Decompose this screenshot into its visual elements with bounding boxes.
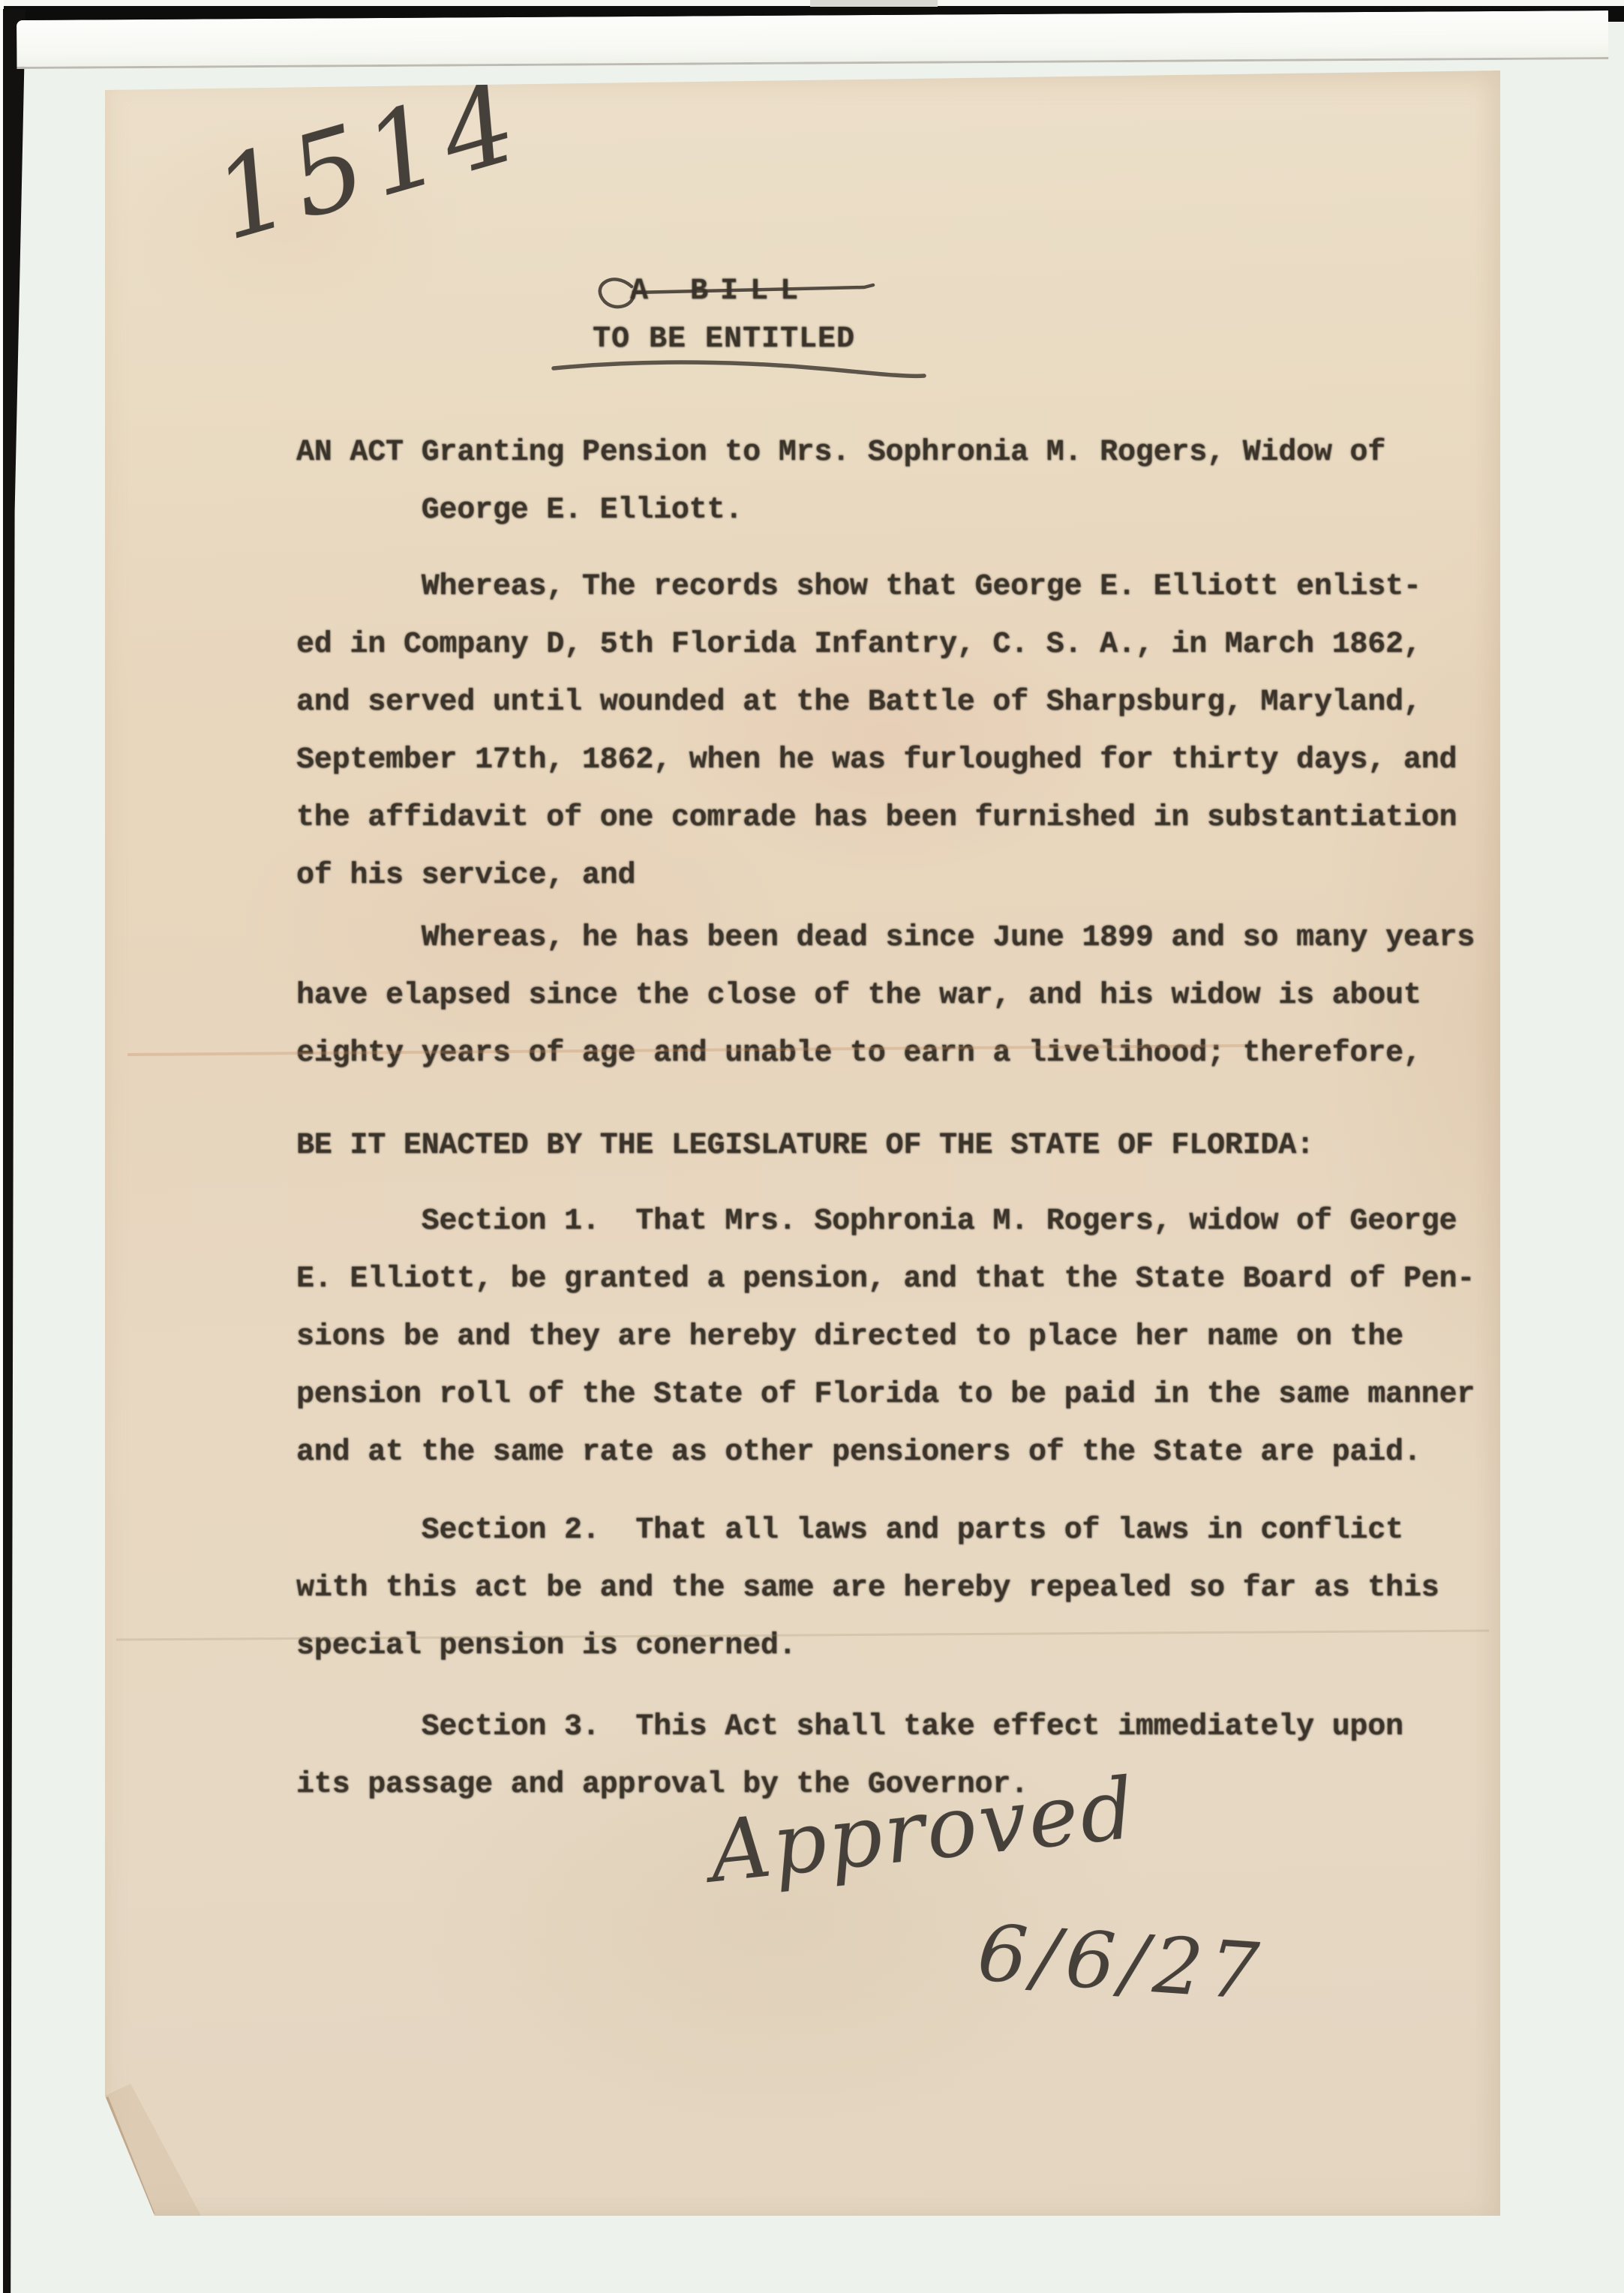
typed-line: pension roll of the State of Florida to … (296, 1366, 1466, 1424)
title-underline (554, 362, 924, 376)
typed-line: Whereas, The records show that George E.… (296, 558, 1466, 616)
act-caption-paragraph: AN ACT Granting Pension to Mrs. Sophroni… (296, 424, 1466, 539)
corner-fold-crease (107, 2097, 153, 2214)
whereas-paragraph-2: Whereas, he has been dead since June 189… (296, 909, 1466, 1082)
typed-line: and served until wounded at the Battle o… (296, 674, 1466, 731)
typed-line: the affidavit of one comrade has been fu… (296, 789, 1466, 847)
scanner-left-border (3, 9, 26, 2293)
typed-line: Section 1. That Mrs. Sophronia M. Rogers… (296, 1193, 1466, 1250)
typed-line: have elapsed since the close of the war,… (296, 967, 1466, 1025)
struck-bill-heading: A BILL (630, 275, 810, 308)
section-1-paragraph: Section 1. That Mrs. Sophronia M. Rogers… (296, 1193, 1466, 1481)
bill-heading: TO BE ENTITLED (593, 323, 855, 356)
typed-line: AN ACT Granting Pension to Mrs. Sophroni… (296, 424, 1466, 482)
typed-line: with this act be and the same are hereby… (296, 1559, 1466, 1617)
document-paper: 1514 A BILL TO BE ENTITLED AN ACT Granti… (105, 71, 1500, 2216)
section-2-paragraph: Section 2. That all laws and parts of la… (296, 1502, 1466, 1675)
bill-body-text: AN ACT Granting Pension to Mrs. Sophroni… (296, 424, 1466, 1814)
typed-line: ed in Company D, 5th Florida Infantry, C… (296, 616, 1466, 674)
plastic-sleeve-edge (17, 11, 1608, 69)
enacting-clause: BE IT ENACTED BY THE LEGISLATURE OF THE … (296, 1117, 1466, 1175)
handwritten-approval-date: 6/6/27 (974, 1907, 1267, 2018)
typed-line: E. Elliott, be granted a pension, and th… (296, 1250, 1466, 1308)
typed-line: Whereas, he has been dead since June 189… (296, 909, 1466, 967)
handwritten-page-number: 1514 (201, 56, 537, 266)
typed-line: sions be and they are hereby directed to… (296, 1308, 1466, 1366)
typed-line: Section 3. This Act shall take effect im… (296, 1698, 1466, 1756)
whereas-paragraph-1: Whereas, The records show that George E.… (296, 558, 1466, 905)
typed-line: eighty years of age and unable to earn a… (296, 1025, 1466, 1082)
corner-fold-shade (105, 2084, 201, 2216)
scanner-bar-notch (810, 0, 938, 7)
typed-line: George E. Elliott. (296, 482, 1466, 539)
scanned-document-page: { "scan": { "page_number": "1514", "appr… (0, 0, 1624, 2293)
typed-line: Section 2. That all laws and parts of la… (296, 1502, 1466, 1559)
typed-line: and at the same rate as other pensioners… (296, 1424, 1466, 1481)
typed-line: of his service, and (296, 847, 1466, 905)
typed-line: September 17th, 1862, when he was furlou… (296, 731, 1466, 789)
typed-line: special pension is conerned. (296, 1617, 1466, 1675)
